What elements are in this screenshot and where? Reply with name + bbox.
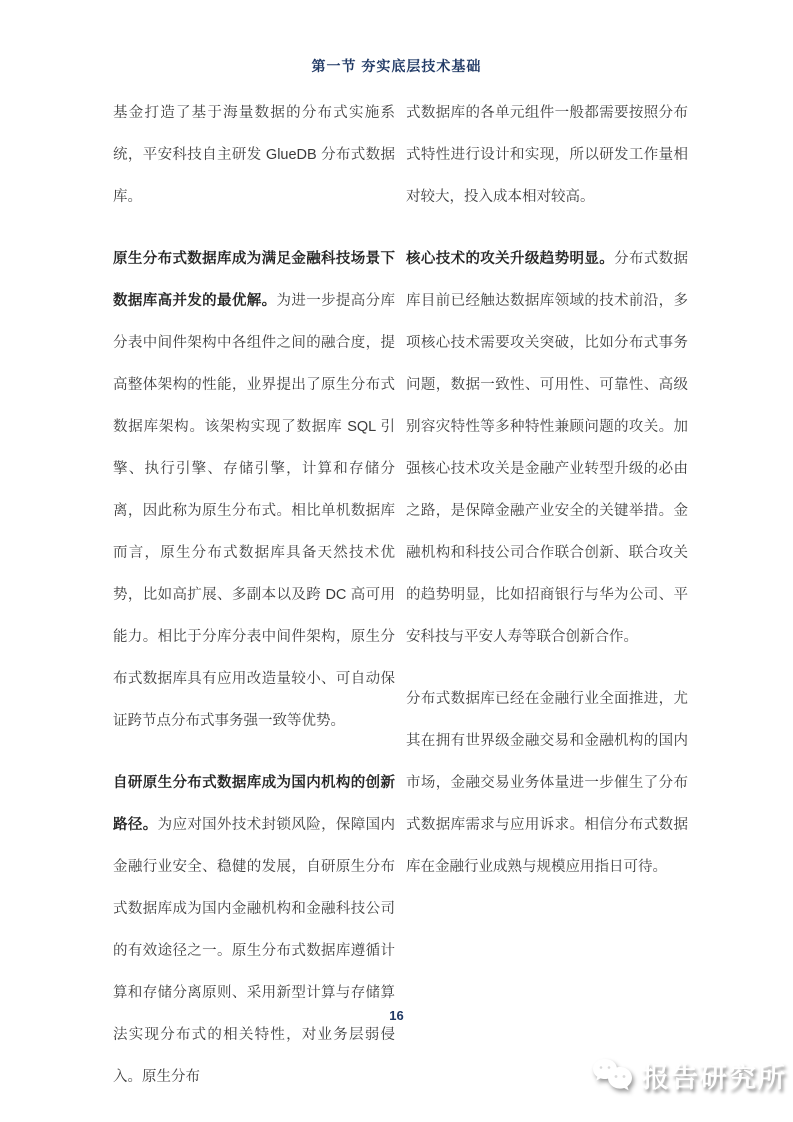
watermark-label: 报告研究所 — [642, 1056, 787, 1095]
paragraph: 原生分布式数据库成为满足金融科技场景下数据库高并发的最优解。为进一步提高分库分表… — [113, 238, 395, 742]
paragraph-lead: 核心技术的攻关升级趋势明显。 — [406, 251, 614, 267]
paragraph: 自研原生分布式数据库成为国内机构的创新路径。为应对国外技术封锁风险，保障国内金融… — [113, 762, 395, 1098]
paragraph-text: 式数据库的各单元组件一般都需要按照分布式特性进行设计和实现，所以研发工作量相对较… — [406, 105, 688, 205]
paragraph: 分布式数据库已经在金融行业全面推进，尤其在拥有世界级金融交易和金融机构的国内市场… — [406, 678, 688, 888]
two-column-body: 基金打造了基于海量数据的分布式实施系统，平安科技自主研发 GlueDB 分布式数… — [113, 92, 688, 1118]
report-page: 第一节 夯实底层技术基础 基金打造了基于海量数据的分布式实施系统，平安科技自主研… — [0, 0, 793, 1122]
paragraph-text: 分布式数据库目前已经触达数据库领域的技术前沿，多项核心技术需要攻关突破，比如分布… — [406, 251, 688, 645]
paragraph-text: 为应对国外技术封锁风险，保障国内金融行业安全、稳健的发展，自研原生分布式数据库成… — [113, 817, 395, 1085]
watermark: 报告研究所 — [591, 1056, 787, 1095]
paragraph-text: 分布式数据库已经在金融行业全面推进，尤其在拥有世界级金融交易和金融机构的国内市场… — [406, 691, 688, 875]
chat-bubbles-icon — [591, 1057, 635, 1095]
left-column: 基金打造了基于海量数据的分布式实施系统，平安科技自主研发 GlueDB 分布式数… — [113, 92, 395, 1118]
paragraph-text: 基金打造了基于海量数据的分布式实施系统，平安科技自主研发 GlueDB 分布式数… — [113, 105, 395, 205]
paragraph-text: 为进一步提高分库分表中间件架构中各组件之间的融合度，提高整体架构的性能，业界提出… — [113, 293, 395, 729]
page-number: 16 — [0, 1008, 793, 1023]
paragraph: 基金打造了基于海量数据的分布式实施系统，平安科技自主研发 GlueDB 分布式数… — [113, 92, 395, 218]
section-header: 第一节 夯实底层技术基础 — [0, 56, 793, 76]
right-column: 式数据库的各单元组件一般都需要按照分布式特性进行设计和实现，所以研发工作量相对较… — [406, 92, 688, 1118]
paragraph: 核心技术的攻关升级趋势明显。分布式数据库目前已经触达数据库领域的技术前沿，多项核… — [406, 238, 688, 658]
paragraph: 式数据库的各单元组件一般都需要按照分布式特性进行设计和实现，所以研发工作量相对较… — [406, 92, 688, 218]
